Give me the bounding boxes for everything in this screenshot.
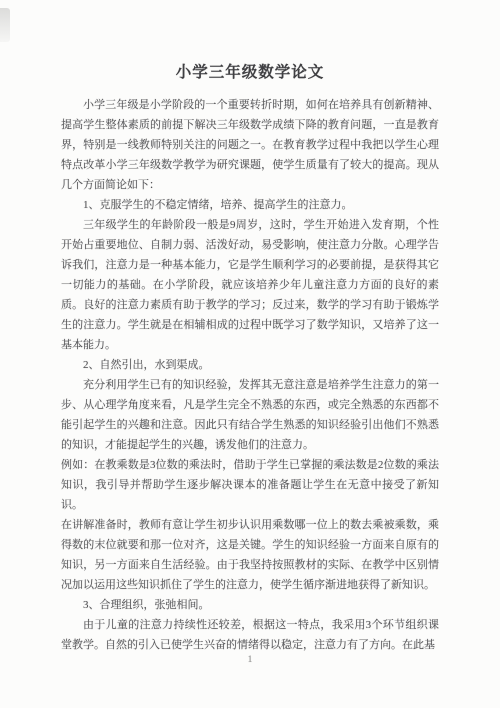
paragraph-intro: 小学三年级是小学阶段的一个重要转折时期，如何在培养具有创新精神、提高学生整体素质…	[61, 95, 439, 195]
heading-section-1: 1、克服学生的不稳定情绪，培养、提高学生的注意力。	[61, 195, 439, 215]
document-body: 小学三年级是小学阶段的一个重要转折时期，如何在培养具有创新精神、提高学生整体素质…	[61, 95, 439, 655]
paragraph-example: 例如：在教乘数是3位数的乘法时，借助于学生已掌握的乘法数是2位数的乘法知识，我引…	[61, 455, 439, 515]
paragraph-example-detail: 在讲解准备时，教师有意让学生初步认识用乘数哪一位上的数去乘被乘数，乘得数的末位就…	[61, 515, 439, 595]
heading-section-2: 2、自然引出，水到渠成。	[61, 355, 439, 375]
document-title: 小学三年级数学论文	[0, 10, 500, 84]
page-number: 1	[0, 655, 500, 665]
paragraph-section-1-body: 三年级学生的年龄阶段一般是9周岁，这时，学生开始进入发育期，个性开始占重要地位、…	[61, 215, 439, 355]
scanned-document-page: { "page": { "title": "小学三年级数学论文", "page_…	[0, 0, 500, 708]
paragraph-section-3-body: 由于儿童的注意力持续性还较差，根据这一特点，我采用3个环节组织课堂教学。自然的引…	[61, 615, 439, 655]
heading-section-3: 3、合理组织，张弛相间。	[61, 595, 439, 615]
paragraph-section-2-body: 充分利用学生已有的知识经验，发挥其无意注意是培养学生注意力的第一步、从心理学角度…	[61, 375, 439, 455]
scan-edge-artifact	[0, 8, 10, 42]
